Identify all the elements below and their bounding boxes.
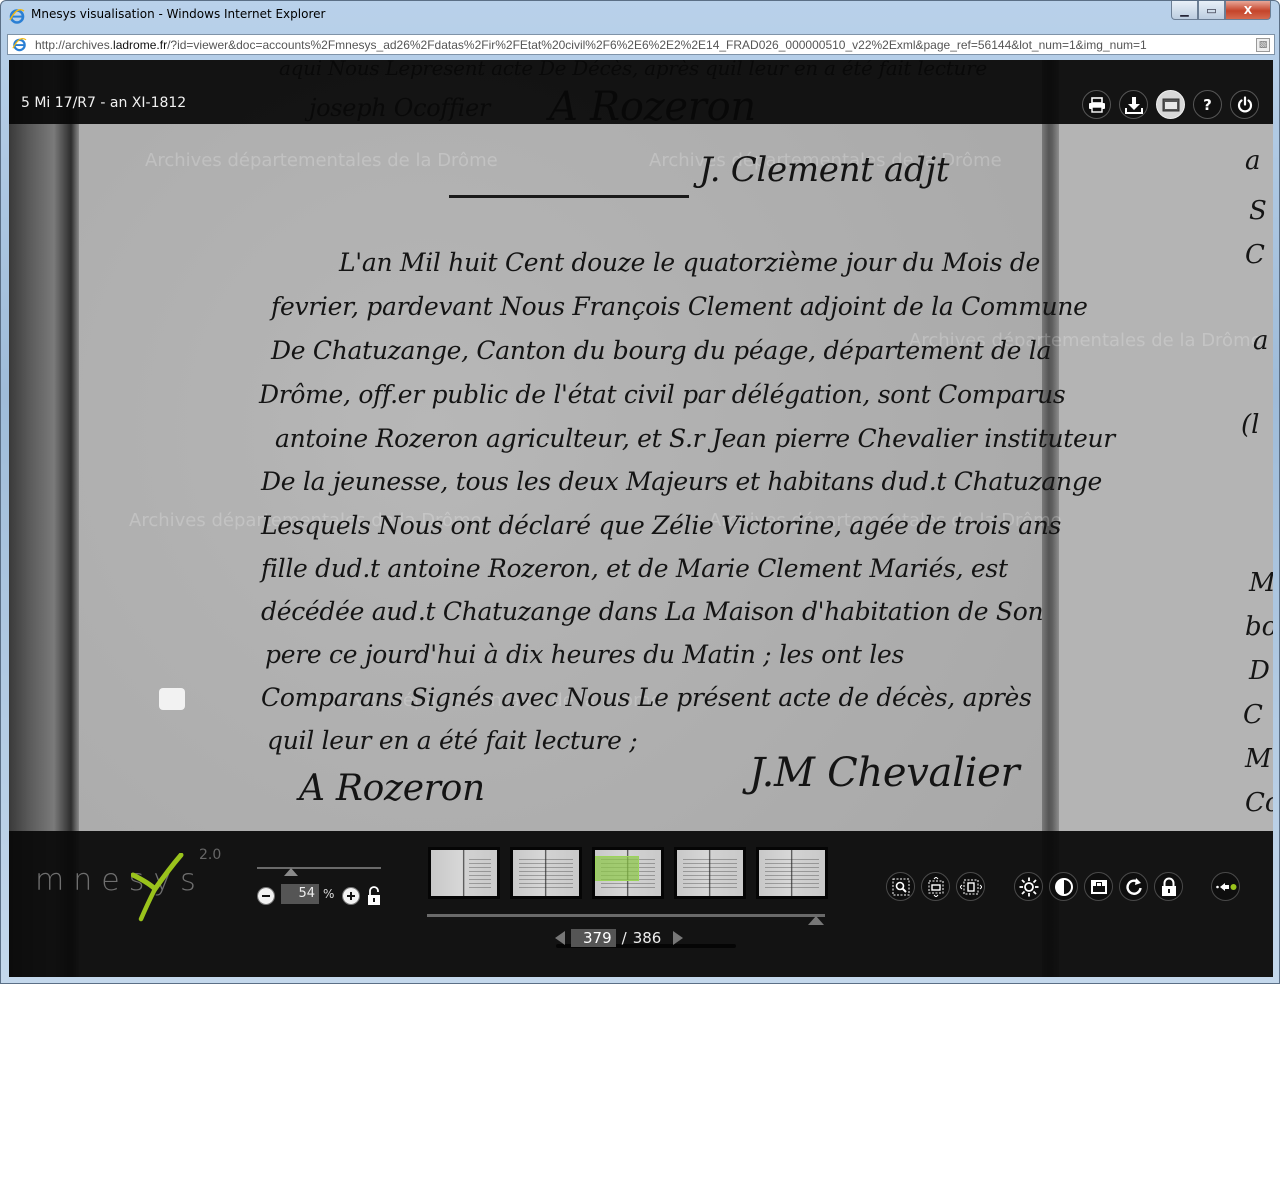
- zoom-in-button[interactable]: [342, 887, 360, 905]
- handwritten-line: antoine Rozeron agriculteur, et S.r Jean…: [275, 424, 1115, 453]
- page-slider-track[interactable]: [427, 914, 825, 917]
- handwritten-line: Comparans Signés avec Nous Le présent ac…: [261, 683, 1032, 712]
- back-button[interactable]: [1211, 872, 1240, 901]
- maximize-icon: ▭: [1206, 4, 1216, 17]
- page-icon: [12, 37, 27, 52]
- handwritten-line: De la jeunesse, tous les deux Majeurs et…: [261, 467, 1102, 496]
- thumbnail[interactable]: [510, 847, 582, 899]
- current-page-input[interactable]: 379: [571, 929, 616, 947]
- right-page-letter: D: [1249, 656, 1270, 686]
- thumbnail-current[interactable]: [592, 847, 664, 899]
- right-page-letter: S: [1249, 196, 1267, 226]
- right-page-letter: C: [1243, 700, 1263, 730]
- thumbnail-image: [759, 850, 825, 896]
- next-page-arrow-icon[interactable]: [673, 931, 683, 945]
- zoom-slider-track[interactable]: [257, 867, 381, 869]
- minimize-button[interactable]: ▁: [1171, 1, 1198, 20]
- help-button[interactable]: ?: [1193, 90, 1222, 119]
- contrast-icon: [1054, 877, 1074, 897]
- previous-page-arrow-icon[interactable]: [555, 931, 565, 945]
- url-text[interactable]: http://archives.ladrome.fr/?id=viewer&do…: [35, 38, 1147, 52]
- right-page-letter: bo: [1245, 612, 1273, 642]
- thumbnail[interactable]: [428, 847, 500, 899]
- thumbnail[interactable]: [674, 847, 746, 899]
- unlock-icon[interactable]: [367, 886, 381, 906]
- maximize-button[interactable]: ▭: [1198, 1, 1225, 20]
- image-tools: [1014, 872, 1183, 901]
- handwritten-line: fille dud.t antoine Rozeron, et de Marie…: [261, 554, 1008, 583]
- minus-icon: [258, 888, 274, 904]
- lock-button[interactable]: [1154, 872, 1183, 901]
- thumbnail-image: [431, 850, 497, 896]
- zoom-area-icon: [892, 878, 910, 896]
- zoom-control: 54 %: [257, 861, 387, 911]
- thumbnail-strip: [428, 847, 828, 899]
- pager: 379 / 386: [555, 927, 683, 949]
- fit-width-button[interactable]: [956, 872, 985, 901]
- total-pages: 386: [633, 929, 662, 947]
- handwritten-line: L'an Mil huit Cent douze le quatorzième …: [339, 248, 1040, 277]
- zoom-input[interactable]: 54: [281, 884, 319, 904]
- fit-width-icon: [960, 879, 982, 895]
- thumbnail-image: [595, 850, 661, 896]
- compatibility-view-icon[interactable]: ▧: [1256, 38, 1270, 52]
- viewer-header: 5 Mi 17/R7 - an XI-1812 ?: [9, 60, 1273, 124]
- brightness-button[interactable]: [1014, 872, 1043, 901]
- fit-height-button[interactable]: [921, 872, 950, 901]
- handwritten-line: quil leur en a été fait lecture ;: [267, 726, 637, 755]
- zoom-area-button[interactable]: [886, 872, 915, 901]
- back-arrow-icon: [1215, 881, 1237, 893]
- lock-icon: [1161, 877, 1177, 897]
- view-tools: [886, 872, 985, 901]
- question-icon: ?: [1203, 96, 1212, 114]
- handwritten-line: fevrier, pardevant Nous François Clement…: [271, 292, 1088, 321]
- logo-version: 2.0: [199, 847, 221, 863]
- thumbnail-image: [513, 850, 579, 896]
- page-slider-handle[interactable]: [808, 916, 824, 925]
- close-icon: X: [1244, 4, 1252, 17]
- document-viewer: Archives départementales de la Drôme Arc…: [9, 60, 1273, 977]
- handwritten-line: Lesquels Nous ont déclaré que Zélie Vict…: [261, 511, 1061, 540]
- zoom-out-button[interactable]: [257, 887, 275, 905]
- invert-icon: [1090, 879, 1108, 895]
- signature-chevalier: J.M Chevalier: [749, 750, 1019, 796]
- window-icon: [1162, 98, 1180, 112]
- right-page-letter: a: [1253, 326, 1269, 356]
- fit-height-icon: [927, 877, 945, 897]
- margin-heading: J. Clement adjt: [699, 150, 949, 190]
- watermark: Archives départementales de la Drôme: [145, 150, 498, 171]
- thumbnail[interactable]: [756, 847, 828, 899]
- right-page-letter: M: [1245, 744, 1272, 774]
- right-page-letter: C: [1245, 240, 1265, 270]
- right-page-letter: Co: [1245, 788, 1273, 818]
- logo-y-mark-icon: [131, 853, 187, 923]
- minimize-icon: ▁: [1180, 4, 1188, 17]
- plus-icon: [343, 888, 359, 904]
- close-button[interactable]: X: [1225, 1, 1271, 20]
- url-domain: ladrome.fr: [113, 38, 167, 52]
- thumbnail-image: [677, 850, 743, 896]
- sun-icon: [1019, 877, 1039, 897]
- signature-rozeron: A Rozeron: [299, 768, 485, 809]
- separator-rule: [449, 195, 689, 198]
- browser-window: Mnesys visualisation - Windows Internet …: [0, 0, 1280, 984]
- paper-spot: [159, 688, 185, 710]
- handwritten-line: décédée aud.t Chatuzange dans La Maison …: [261, 597, 1043, 626]
- printer-icon: [1088, 97, 1106, 113]
- download-button[interactable]: [1119, 90, 1148, 119]
- window-title: Mnesys visualisation - Windows Internet …: [31, 7, 325, 21]
- print-button[interactable]: [1082, 90, 1111, 119]
- rotate-button[interactable]: [1119, 872, 1148, 901]
- invert-button[interactable]: [1084, 872, 1113, 901]
- contrast-button[interactable]: [1049, 872, 1078, 901]
- quit-button[interactable]: [1230, 90, 1259, 119]
- url-prefix: http://archives.: [35, 38, 113, 52]
- address-bar[interactable]: http://archives.ladrome.fr/?id=viewer&do…: [7, 34, 1275, 55]
- document-title: 5 Mi 17/R7 - an XI-1812: [21, 95, 186, 111]
- ie-logo-icon: [9, 8, 25, 24]
- right-page-letter: (l: [1241, 410, 1259, 440]
- right-page-letter: M: [1249, 568, 1273, 598]
- zoom-unit: %: [323, 887, 334, 901]
- fullscreen-button[interactable]: [1156, 90, 1185, 119]
- page-separator: /: [622, 929, 627, 947]
- viewport-indicator[interactable]: [595, 856, 639, 881]
- url-path: /?id=viewer&doc=accounts%2Fmnesys_ad26%2…: [167, 38, 1147, 52]
- power-icon: [1236, 96, 1254, 114]
- right-page-letter: a: [1245, 146, 1261, 176]
- download-icon: [1125, 96, 1143, 114]
- zoom-slider-handle[interactable]: [284, 868, 298, 876]
- rotate-icon: [1124, 877, 1144, 897]
- navigation-tools: [1211, 872, 1240, 901]
- mnesys-logo: mnesys 2.0: [35, 855, 205, 927]
- viewer-footer: mnesys 2.0 54 %: [9, 831, 1273, 977]
- handwritten-line: Drôme, off.er public de l'état civil par…: [259, 380, 1065, 409]
- handwritten-line: pere ce jourd'hui à dix heures du Matin …: [265, 640, 904, 669]
- handwritten-line: De Chatuzange, Canton du bourg du péage,…: [271, 336, 1051, 365]
- title-bar: Mnesys visualisation - Windows Internet …: [1, 1, 1279, 31]
